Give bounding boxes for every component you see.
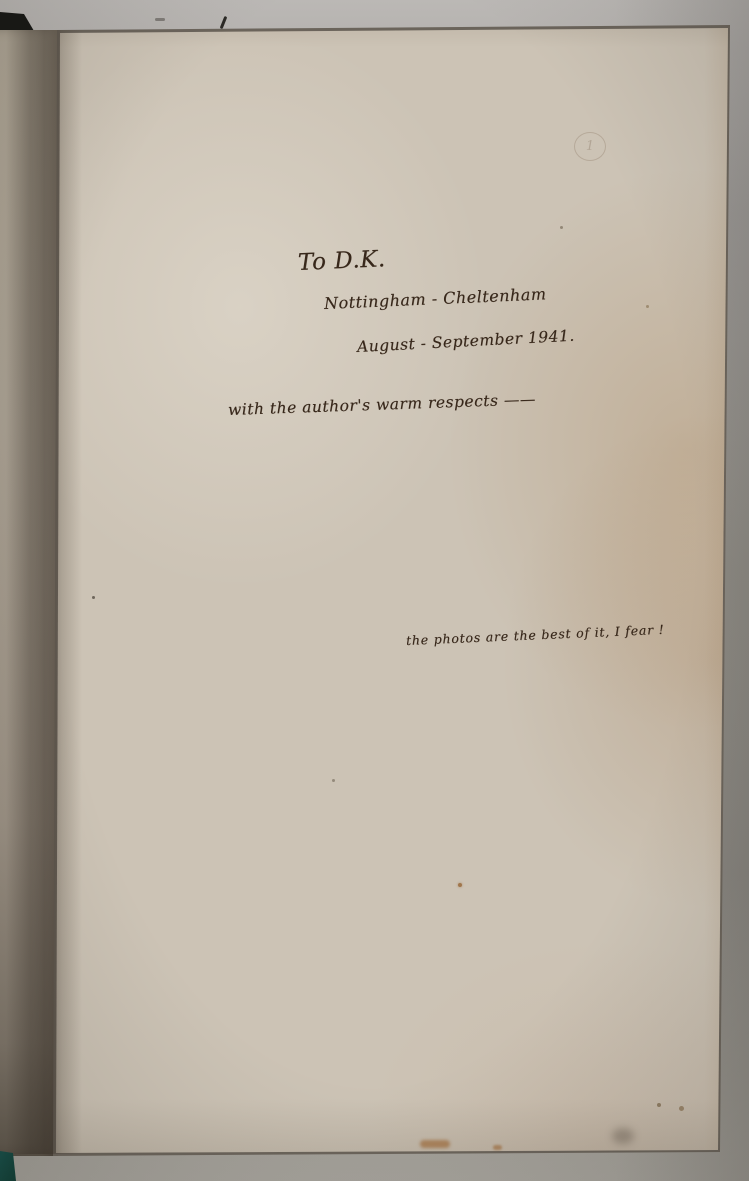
facing-leaf-edge xyxy=(0,30,58,1156)
book-photo: 1 To D.K. Nottingham - Cheltenham August… xyxy=(0,0,749,1181)
flyleaf-page xyxy=(0,0,749,1181)
faint-circled-mark: 1 xyxy=(574,132,606,161)
faint-mark-text: 1 xyxy=(586,139,594,154)
inscription-dedication: To D.K. xyxy=(297,246,386,276)
